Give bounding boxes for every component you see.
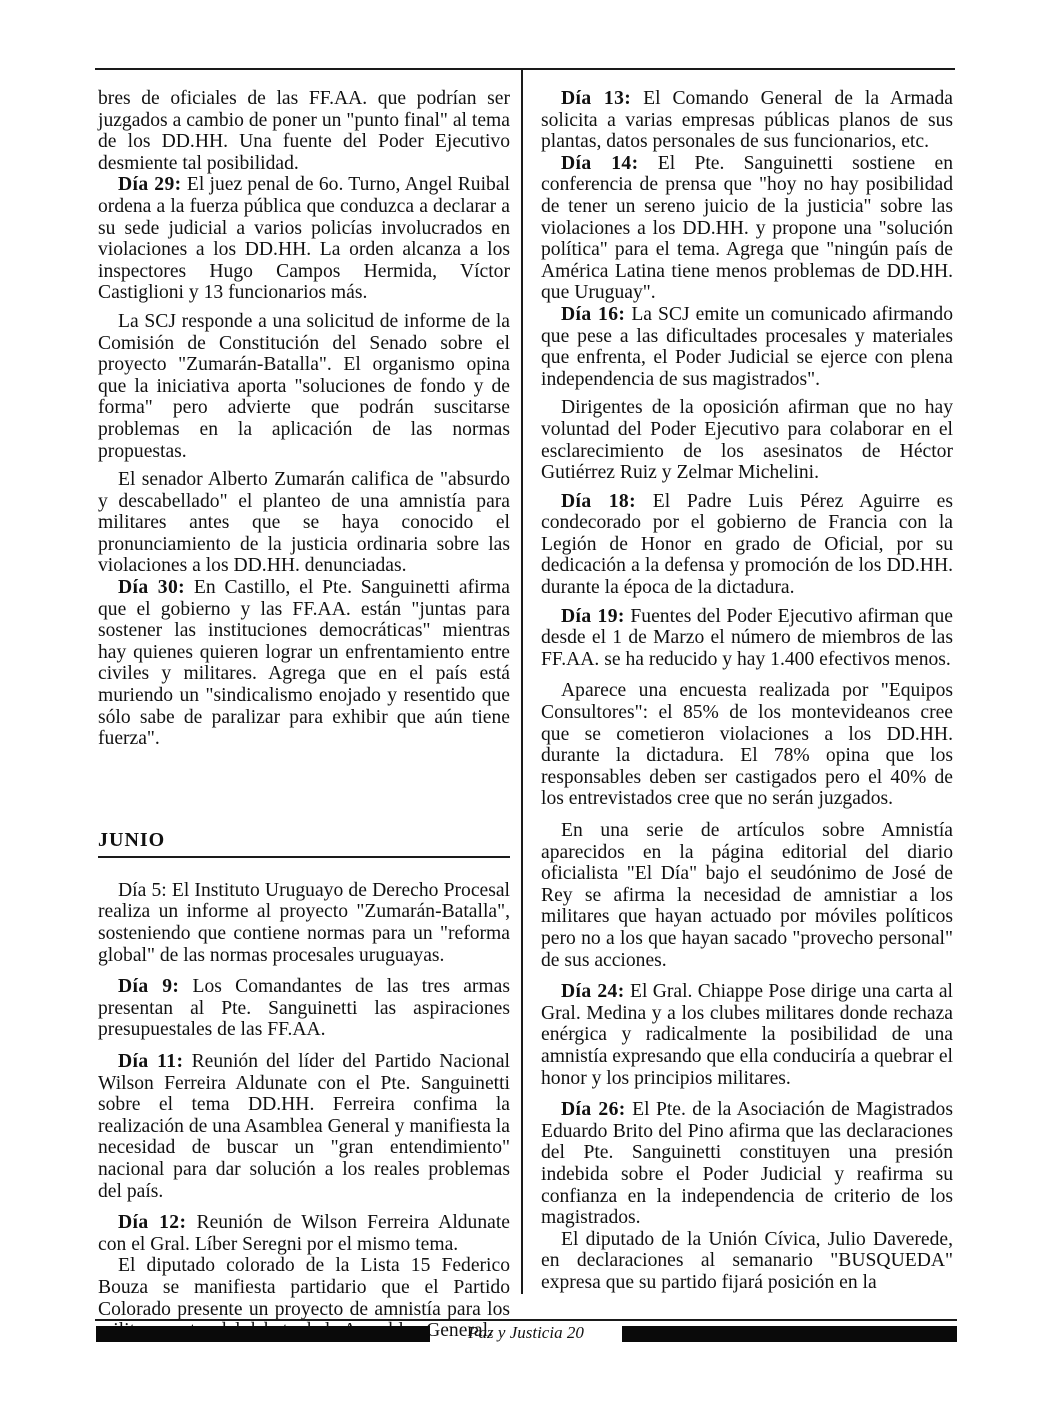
paragraph-text: El diputado de la Unión Cívica, Julio Da…: [541, 1229, 953, 1293]
entry-dia-26: Día 26: El Pte. de la Asociación de Magi…: [541, 1099, 953, 1229]
entry-dia-29: Día 29: El juez penal de 6o. Turno, Ange…: [98, 174, 510, 304]
page-footer-caption: Paz y Justicia 20: [430, 1322, 622, 1344]
entry-dia-30: Día 30: En Castillo, el Pte. Sanguinetti…: [98, 577, 510, 750]
entry-dia-5: Día 5: El Instituto Uruguayo de Derecho …: [98, 880, 510, 966]
entry-dia-12: Día 12: Reunión de Wilson Ferreira Aldun…: [98, 1212, 510, 1255]
day-label: Día 13:: [561, 88, 631, 109]
day-label: Día 12:: [118, 1212, 186, 1233]
paragraph-text: El Pte. Sanguinetti sostiene en conferen…: [541, 153, 953, 304]
entry-senador-zumaran: El senador Alberto Zumarán califica de "…: [98, 469, 510, 577]
footer-bar-left: [96, 1326, 430, 1342]
entry-articulos-amnistia: En una serie de artículos sobre Amnistía…: [541, 820, 953, 971]
day-label: Día 24:: [561, 981, 625, 1002]
day-label: Día 26:: [561, 1099, 626, 1120]
paragraph-continuation: bres de oficiales de las FF.AA. que podr…: [98, 88, 510, 174]
entry-diputado-daverede: El diputado de la Unión Cívica, Julio Da…: [541, 1229, 953, 1294]
day-label: Día 18:: [561, 491, 636, 512]
paragraph-text: En Castillo, el Pte. Sanguinetti afirma …: [98, 577, 510, 749]
paragraph-text: En una serie de artículos sobre Amnistía…: [541, 820, 953, 971]
day-label: Día 9:: [118, 976, 179, 997]
footer-bar-right: [622, 1326, 957, 1342]
entry-dia-18: Día 18: El Padre Luis Pérez Aguirre es c…: [541, 491, 953, 599]
entry-scj-informe: La SCJ responde a una solicitud de infor…: [98, 311, 510, 462]
entry-dia-11: Día 11: Reunión del líder del Partido Na…: [98, 1051, 510, 1202]
section-heading-junio: JUNIO: [98, 828, 510, 858]
day-label: Día 11:: [118, 1051, 183, 1072]
entry-dia-24: Día 24: El Gral. Chiappe Pose dirige una…: [541, 981, 953, 1089]
footer-rule: [95, 1319, 957, 1321]
paragraph-text: Día 5: El Instituto Uruguayo de Derecho …: [98, 880, 510, 966]
right-column: Día 13: El Comando General de la Armada …: [541, 88, 953, 1293]
paragraph-text: bres de oficiales de las FF.AA. que podr…: [98, 88, 510, 174]
entry-dirigentes-oposicion: Dirigentes de la oposición afirman que n…: [541, 397, 953, 483]
top-rule: [95, 68, 955, 70]
paragraph-text: El senador Alberto Zumarán califica de "…: [98, 469, 510, 576]
day-label: Día 30:: [118, 577, 185, 598]
paragraph-text: Reunión del líder del Partido Nacional W…: [98, 1051, 510, 1202]
entry-encuesta: Aparece una encuesta realizada por "Equi…: [541, 680, 953, 810]
entry-dia-13: Día 13: El Comando General de la Armada …: [541, 88, 953, 153]
column-divider: [521, 68, 523, 1294]
entry-dia-9: Día 9: Los Comandantes de las tres armas…: [98, 976, 510, 1041]
paragraph-text: Dirigentes de la oposición afirman que n…: [541, 397, 953, 483]
day-label: Día 29:: [118, 174, 182, 195]
paragraph-text: Aparece una encuesta realizada por "Equi…: [541, 680, 953, 809]
day-label: Día 16:: [561, 304, 625, 325]
entry-dia-16: Día 16: La SCJ emite un comunicado afirm…: [541, 304, 953, 390]
left-column: bres de oficiales de las FF.AA. que podr…: [98, 88, 510, 1342]
entry-dia-19: Día 19: Fuentes del Poder Ejecutivo afir…: [541, 606, 953, 671]
paragraph-text: La SCJ responde a una solicitud de infor…: [98, 311, 510, 462]
entry-dia-14: Día 14: El Pte. Sanguinetti sostiene en …: [541, 153, 953, 304]
day-label: Día 14:: [561, 153, 639, 174]
day-label: Día 19:: [561, 606, 625, 627]
